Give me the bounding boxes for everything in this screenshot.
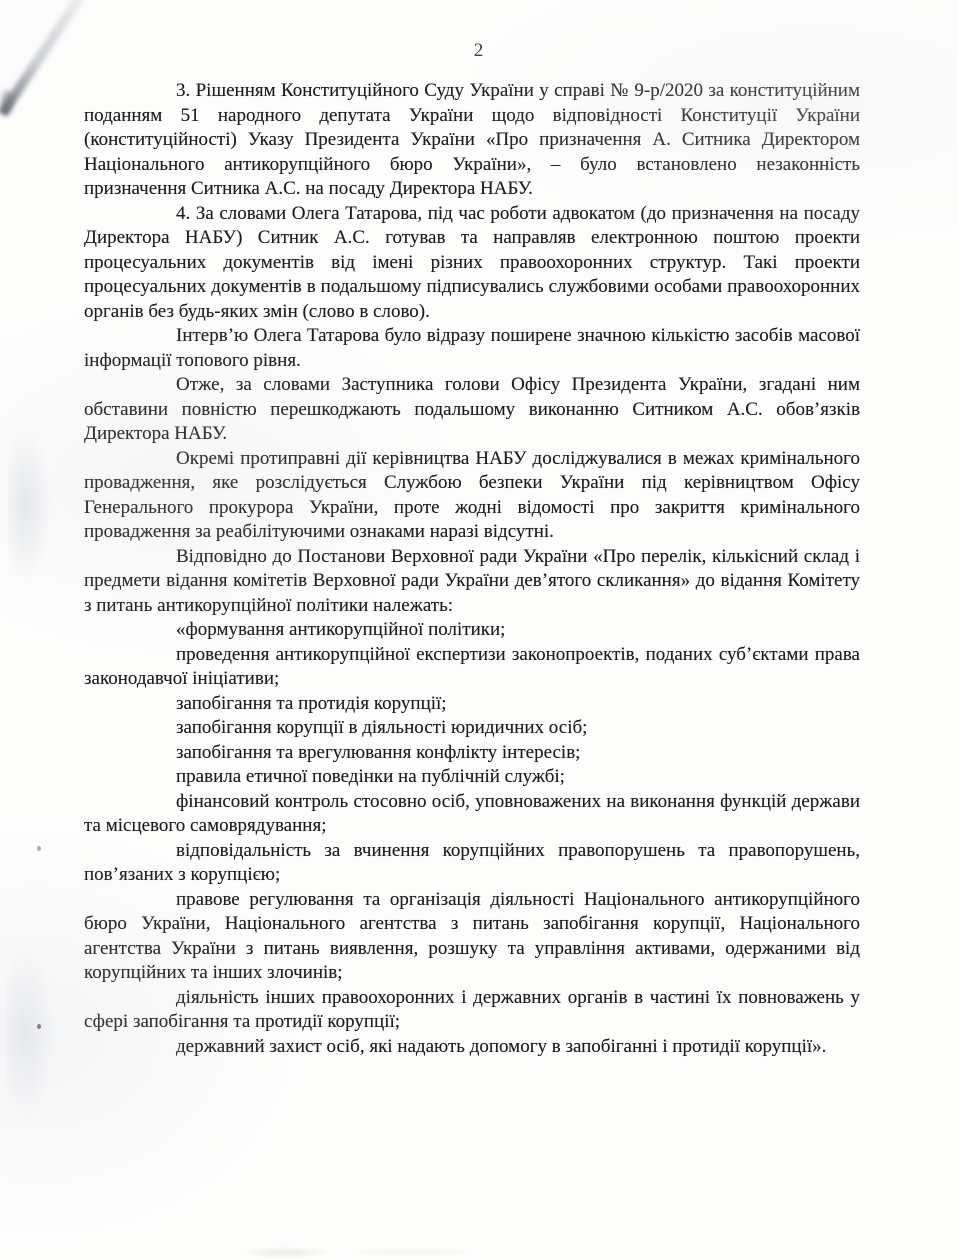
paragraph: фінансовий контроль стосовно осіб, уповн…	[84, 790, 860, 839]
page-number: 2	[0, 40, 957, 62]
scanned-document-page: 2 3. Рішенням Конституційного Суду Украї…	[0, 0, 957, 1260]
scan-speck	[37, 1024, 41, 1029]
paragraph: проведення антикорупційної експертизи за…	[84, 643, 860, 692]
paragraph: відповідальність за вчинення корупційних…	[84, 839, 860, 888]
paragraph: правове регулювання та організація діяль…	[84, 888, 860, 986]
paragraph: запобігання корупції в діяльності юридич…	[84, 716, 860, 741]
paragraph: запобігання та врегулювання конфлікту ін…	[84, 741, 860, 766]
paragraph: 4. За словами Олега Татарова, під час ро…	[84, 202, 860, 325]
paragraph: Інтерв’ю Олега Татарова було відразу пош…	[84, 324, 860, 373]
document-body: 3. Рішенням Конституційного Суду України…	[84, 79, 860, 1059]
scan-smudge	[195, 1244, 555, 1258]
paragraph: Відповідно до Постанови Верховної ради У…	[84, 545, 860, 619]
scan-smudge	[8, 425, 52, 585]
scan-speck	[37, 846, 41, 851]
paragraph: «формування антикорупційної політики;	[84, 618, 860, 643]
paragraph: діяльність інших правоохоронних і держав…	[84, 986, 860, 1035]
paragraph: державний захист осіб, які надають допом…	[84, 1035, 860, 1060]
paragraph: правила етичної поведінки на публічній с…	[84, 765, 860, 790]
paragraph: 3. Рішенням Конституційного Суду України…	[84, 79, 860, 202]
paragraph: запобігання та протидія корупції;	[84, 692, 860, 717]
paragraph: Отже, за словами Заступника голови Офісу…	[84, 373, 860, 447]
scan-smudge	[6, 945, 54, 1125]
paragraph: Окремі протиправні дії керівництва НАБУ …	[84, 447, 860, 545]
